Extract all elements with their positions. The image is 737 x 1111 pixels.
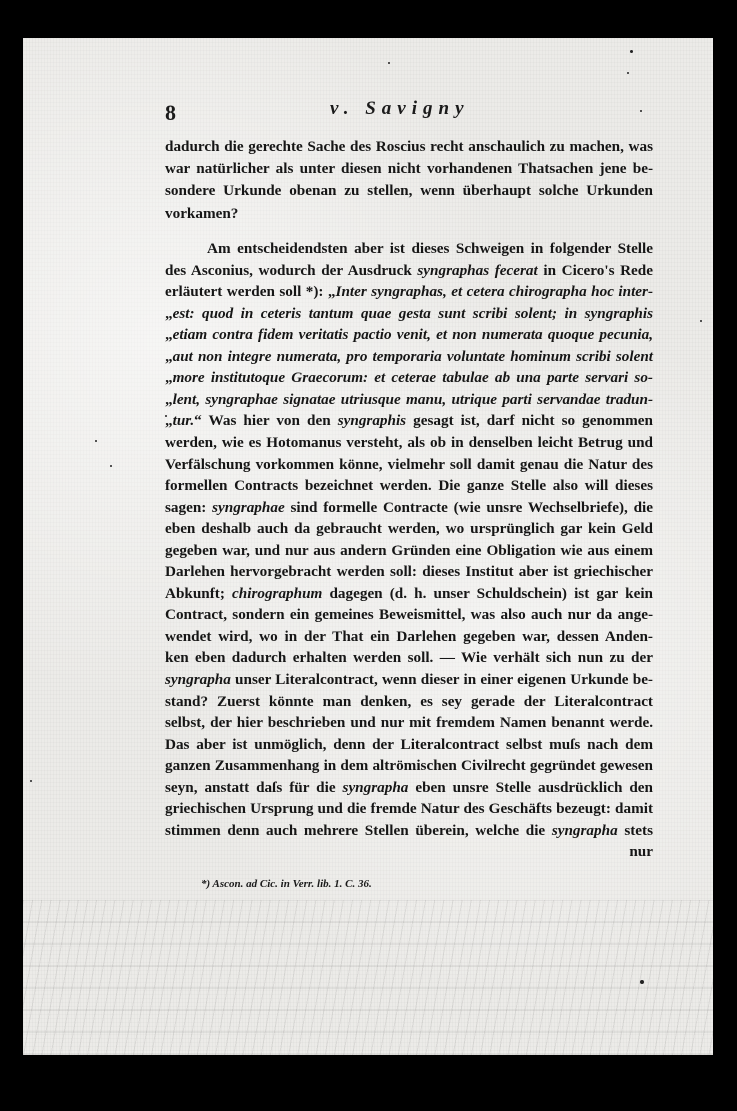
footnote-text: Ascon. ad Cic. in Verr. lib. 1. C. 36.: [213, 878, 372, 890]
text-segment: „: [165, 369, 173, 386]
text-line: stand? Zuerst könnte man denken, es sey …: [165, 691, 653, 713]
italic-latin-text: syngrapha: [165, 671, 231, 688]
ink-speck: [640, 110, 642, 112]
text-line: sagen: syngraphae sind formelle Contract…: [165, 497, 653, 519]
text-segment: unser Literalcontract, wenn dieser in ei…: [231, 671, 653, 688]
text-line: dadurch die gerechte Sache des Roscius r…: [165, 136, 653, 158]
italic-latin-text: syngrapha: [552, 822, 618, 839]
text-line: formellen Contracts bezeichnet werden. D…: [165, 475, 653, 497]
text-segment: dagegen (d. h. unser Schuldschein) ist g…: [322, 585, 653, 602]
ink-speck: [700, 320, 702, 322]
italic-latin-text: est: quod in ceteris tantum quae gesta s…: [173, 305, 653, 322]
italic-latin-text: etiam contra fidem veritatis pactio veni…: [173, 326, 653, 343]
text-segment: sagen:: [165, 499, 212, 516]
text-segment: „: [165, 391, 173, 408]
text-segment: „: [165, 348, 173, 365]
text-line: Abkunft; chirographum dagegen (d. h. uns…: [165, 583, 653, 605]
text-segment: dadurch die gerechte Sache des Roscius r…: [165, 138, 653, 155]
text-segment: wendet wird, wo in der That ein Darlehen…: [165, 628, 653, 645]
italic-latin-text: Inter syngraphas, et cetera chirographa …: [336, 283, 653, 300]
text-line: „etiam contra fidem veritatis pactio ven…: [165, 324, 653, 346]
text-line: gegeben war, und nur aus andern Gründen …: [165, 540, 653, 562]
text-segment: gesagt ist, darf nicht so genommen: [406, 412, 653, 429]
text-line: erläutert werden soll *): „Inter syngrap…: [165, 281, 653, 303]
text-line: „more institutoque Graecorum: et ceterae…: [165, 367, 653, 389]
text-line: Contract, sondern ein gemeines Beweismit…: [165, 604, 653, 626]
text-segment: sind formelle Contracte (wie unsre Wechs…: [285, 499, 653, 516]
text-segment: “ Was hier von den: [194, 412, 338, 429]
text-segment: ken eben dadurch erhalten werden soll. —…: [165, 649, 653, 666]
text-segment: sondere Urkunde obenan zu stellen, wenn …: [165, 182, 653, 199]
text-segment: eben unsre Stelle ausdrücklich den: [408, 779, 653, 796]
ink-speck: [95, 440, 97, 442]
italic-latin-text: syngraphis: [338, 412, 406, 429]
text-line: des Asconius, wodurch der Ausdruck syngr…: [165, 260, 653, 282]
text-segment: eben deshalb auch da gebraucht werden, w…: [165, 520, 653, 537]
ink-speck: [110, 465, 112, 467]
text-segment: „: [165, 305, 173, 322]
text-line: griechischen Ursprung und die fremde Nat…: [165, 798, 653, 820]
text-segment: vorkamen?: [165, 205, 238, 222]
text-line: ken eben dadurch erhalten werden soll. —…: [165, 647, 653, 669]
text-segment: Abkunft;: [165, 585, 232, 602]
text-segment: formellen Contracts bezeichnet werden. D…: [165, 477, 653, 494]
text-segment: stets: [618, 822, 653, 839]
ink-speck: [630, 50, 633, 53]
ink-speck: [627, 72, 629, 74]
text-segment: Das aber ist unmöglich, denn der Literal…: [165, 736, 653, 753]
text-line: sondere Urkunde obenan zu stellen, wenn …: [165, 180, 653, 202]
text-line: Am entscheidendsten aber ist dieses Schw…: [165, 238, 653, 260]
text-line: stimmen denn auch mehrere Stellen überei…: [165, 820, 653, 842]
text-line: Verfälschung vorkommen könne, vielmehr s…: [165, 454, 653, 476]
handwriting-bleed-through: [23, 900, 713, 1055]
footnote: *) Ascon. ad Cic. in Verr. lib. 1. C. 36…: [201, 878, 372, 890]
italic-latin-text: more institutoque Graecorum: et ceterae …: [173, 369, 653, 386]
text-line: seyn, anstatt daſs für die syngrapha ebe…: [165, 777, 653, 799]
ink-speck: [640, 980, 644, 984]
italic-latin-text: lent, syngraphae signatae utriusque manu…: [173, 391, 653, 408]
italic-latin-text: syngraphas fecerat: [417, 262, 537, 279]
italic-latin-text: syngrapha: [343, 779, 409, 796]
text-line: syngrapha unser Literalcontract, wenn di…: [165, 669, 653, 691]
text-segment: erläutert werden soll *): „: [165, 283, 336, 300]
text-segment: griechischen Ursprung und die fremde Nat…: [165, 800, 653, 817]
italic-latin-text: syngraphae: [212, 499, 285, 516]
text-segment: Darlehen hervorgebracht werden soll: die…: [165, 563, 653, 580]
italic-latin-text: aut non integre numerata, pro temporaria…: [173, 348, 653, 365]
text-line: „lent, syngraphae signatae utriusque man…: [165, 389, 653, 411]
ink-speck: [388, 62, 390, 64]
text-segment: stimmen denn auch mehrere Stellen überei…: [165, 822, 552, 839]
text-segment: in Cicero's Rede: [538, 262, 653, 279]
text-segment: war natürlicher als unter diesen nicht v…: [165, 160, 653, 177]
text-line: „est: quod in ceteris tantum quae gesta …: [165, 303, 653, 325]
text-segment: nur: [629, 843, 653, 860]
text-line: Das aber ist unmöglich, denn der Literal…: [165, 734, 653, 756]
text-segment: „: [165, 326, 173, 343]
text-line: war natürlicher als unter diesen nicht v…: [165, 158, 653, 180]
text-line: Darlehen hervorgebracht werden soll: die…: [165, 561, 653, 583]
text-line: vorkamen?: [165, 203, 653, 225]
ink-speck: [165, 415, 167, 417]
text-line: ganzen Zusammenhang in dem altrömischen …: [165, 755, 653, 777]
text-line: „tur.“ Was hier von den syngraphis gesag…: [165, 410, 653, 432]
italic-latin-text: chirographum: [232, 585, 322, 602]
text-segment: Verfälschung vorkommen könne, vielmehr s…: [165, 456, 653, 473]
ink-speck: [30, 780, 32, 782]
text-segment: seyn, anstatt daſs für die: [165, 779, 343, 796]
text-segment: gegeben war, und nur aus andern Gründen …: [165, 542, 653, 559]
text-line: eben deshalb auch da gebraucht werden, w…: [165, 518, 653, 540]
text-line: selbst, der hier beschrieben und nur mit…: [165, 712, 653, 734]
text-segment: Contract, sondern ein gemeines Beweismit…: [165, 606, 653, 623]
text-segment: werden, wie es Hotomanus versteht, als o…: [165, 434, 653, 451]
text-line: „aut non integre numerata, pro temporari…: [165, 346, 653, 368]
text-segment: stand? Zuerst könnte man denken, es sey …: [165, 693, 653, 710]
page-number: 8: [165, 100, 176, 126]
text-segment: des Asconius, wodurch der Ausdruck: [165, 262, 417, 279]
text-segment: ganzen Zusammenhang in dem altrömischen …: [165, 757, 653, 774]
text-line: nur: [165, 841, 653, 863]
text-segment: Am entscheidendsten aber ist dieses Schw…: [207, 240, 653, 257]
text-line: werden, wie es Hotomanus versteht, als o…: [165, 432, 653, 454]
italic-latin-text: tur.: [173, 412, 195, 429]
running-title: v. Savigny: [330, 98, 470, 120]
text-segment: selbst, der hier beschrieben und nur mit…: [165, 714, 653, 731]
text-line: wendet wird, wo in der That ein Darlehen…: [165, 626, 653, 648]
footnote-marker: *): [201, 878, 210, 890]
